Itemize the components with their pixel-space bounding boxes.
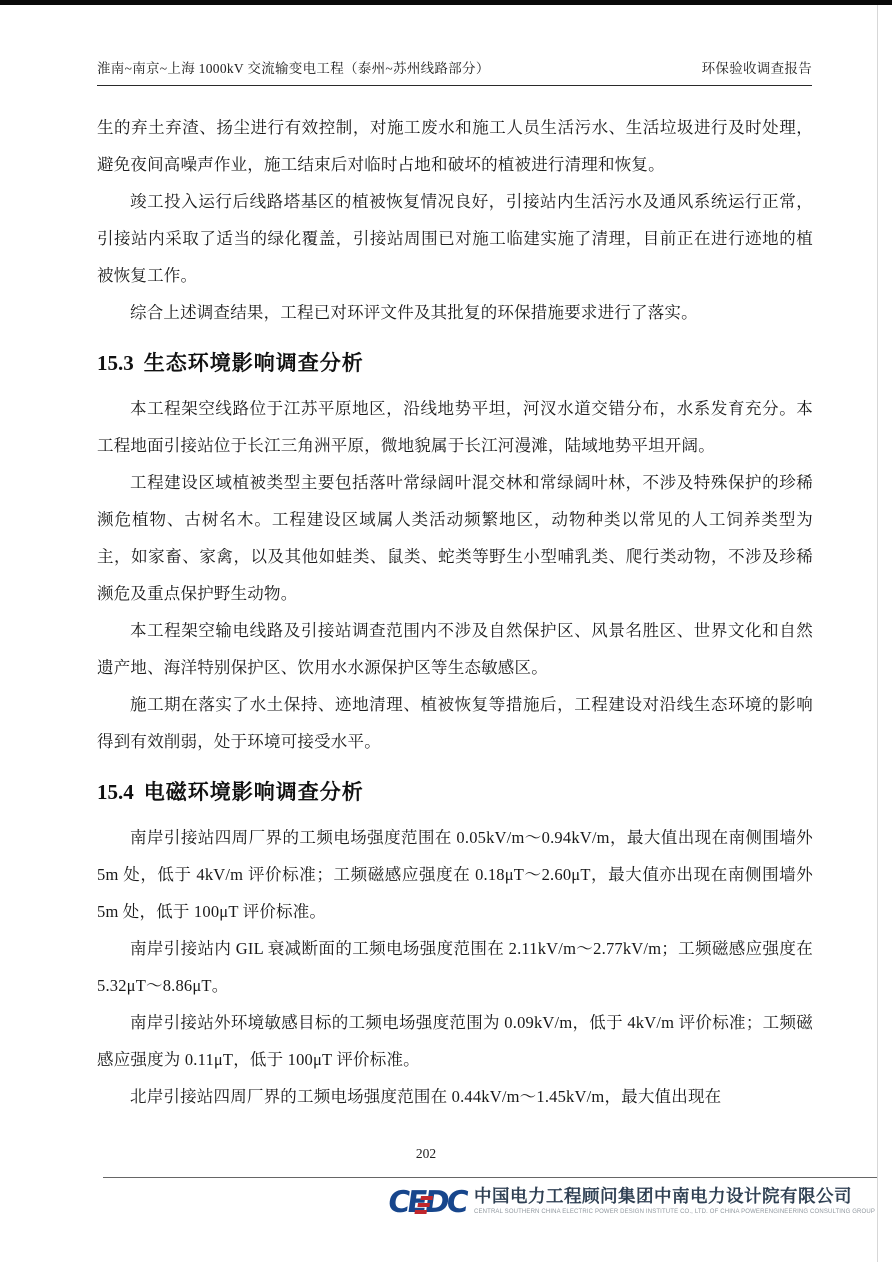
header-report-title: 环保验收调查报告 — [702, 57, 812, 77]
section-number: 15.3 — [97, 351, 134, 375]
logo-red-accent — [420, 1196, 433, 1200]
section-heading-15-3: 15.3生态环境影响调查分析 — [97, 348, 813, 379]
body-paragraph: 本工程架空输电线路及引接站调查范围内不涉及自然保护区、风景名胜区、世界文化和自然… — [97, 612, 813, 686]
logo-red-accent — [414, 1210, 427, 1214]
header-rule — [97, 85, 812, 86]
body-paragraph: 竣工投入运行后线路塔基区的植被恢复情况良好，引接站内生活污水及通风系统运行正常，… — [97, 183, 813, 294]
footer-rule — [103, 1177, 877, 1178]
body-paragraph: 生的弃土弃渣、扬尘进行有效控制，对施工废水和施工人员生活污水、生活垃圾进行及时处… — [97, 109, 813, 183]
document-body: 生的弃土弃渣、扬尘进行有效控制，对施工废水和施工人员生活污水、生活垃圾进行及时处… — [97, 92, 813, 1115]
section-title: 生态环境影响调查分析 — [144, 352, 364, 375]
logo-red-accent — [417, 1203, 430, 1207]
document-page: 淮南~南京~上海 1000kV 交流输变电工程（泰州~苏州线路部分） 环保验收调… — [0, 0, 892, 1262]
section-title: 电磁环境影响调查分析 — [144, 781, 364, 804]
section-heading-15-4: 15.4电磁环境影响调查分析 — [97, 777, 813, 808]
body-paragraph: 工程建设区域植被类型主要包括落叶常绿阔叶混交林和常绿阔叶林，不涉及特殊保护的珍稀… — [97, 464, 813, 612]
footer-brand: CEDC 中国电力工程顾问集团中南电力设计院有限公司 CENTRAL SOUTH… — [388, 1186, 875, 1218]
section-number: 15.4 — [97, 780, 134, 804]
body-paragraph: 南岸引接站内 GIL 衰减断面的工频电场强度范围在 2.11kV/m～2.77k… — [97, 930, 813, 1004]
header-project-title: 淮南~南京~上海 1000kV 交流输变电工程（泰州~苏州线路部分） — [97, 57, 490, 77]
page-number: 202 — [0, 1146, 852, 1162]
body-paragraph: 本工程架空线路位于江苏平原地区，沿线地势平坦，河汊水道交错分布，水系发育充分。本… — [97, 390, 813, 464]
body-paragraph: 南岸引接站外环境敏感目标的工频电场强度范围为 0.09kV/m，低于 4kV/m… — [97, 1004, 813, 1078]
body-paragraph: 综合上述调查结果，工程已对环评文件及其批复的环保措施要求进行了落实。 — [97, 294, 813, 331]
right-page-edge-line — [877, 5, 878, 1262]
company-name-en: CENTRAL SOUTHERN CHINA ELECTRIC POWER DE… — [474, 1209, 875, 1216]
body-paragraph: 北岸引接站四周厂界的工频电场强度范围在 0.44kV/m～1.45kV/m，最大… — [97, 1078, 813, 1115]
body-paragraph: 施工期在落实了水土保持、迹地清理、植被恢复等措施后，工程建设对沿线生态环境的影响… — [97, 686, 813, 760]
cedc-logo-icon: CEDC — [385, 1188, 467, 1218]
top-border-bar — [0, 0, 892, 5]
company-name-cn: 中国电力工程顾问集团中南电力设计院有限公司 — [474, 1186, 875, 1207]
body-paragraph: 南岸引接站四周厂界的工频电场强度范围在 0.05kV/m～0.94kV/m，最大… — [97, 819, 813, 930]
page-header: 淮南~南京~上海 1000kV 交流输变电工程（泰州~苏州线路部分） 环保验收调… — [97, 57, 812, 86]
